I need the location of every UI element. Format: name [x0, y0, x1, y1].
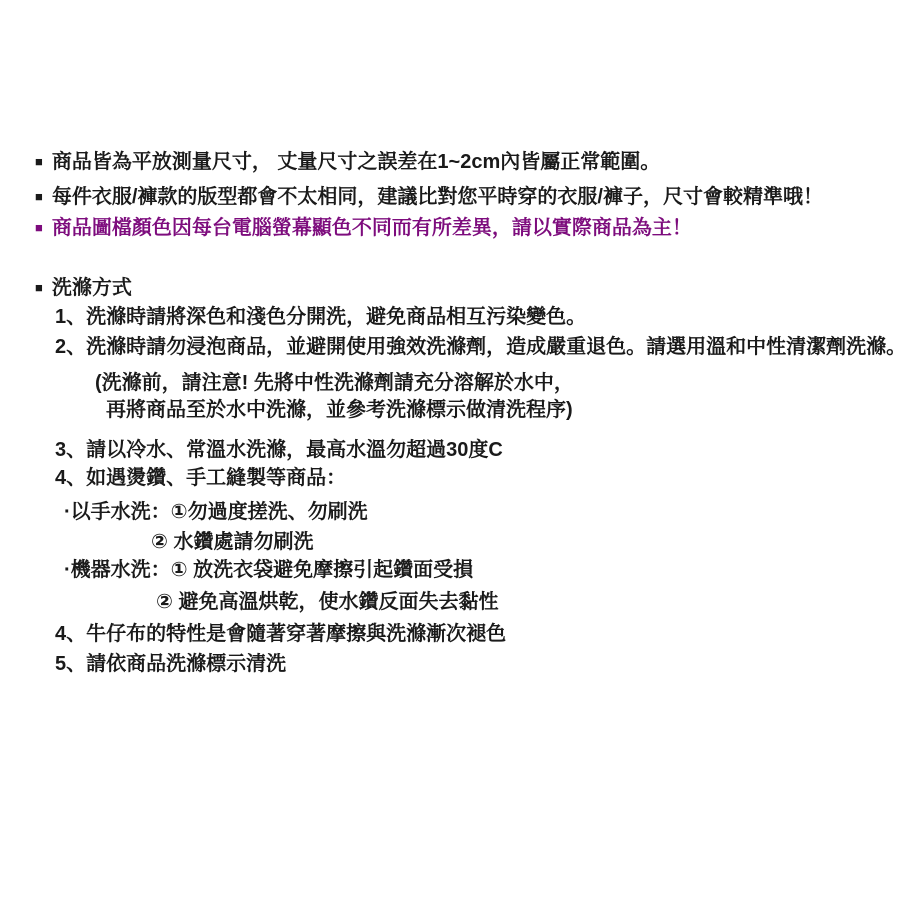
hand-wash-instruction-1: ·以手水洗：①勿過度搓洗、勿刷洗 [64, 501, 368, 523]
washing-step-4b: 4、牛仔布的特性是會隨著穿著摩擦與洗滌漸次褪色 [55, 623, 506, 645]
note-sizing-text: 每件衣服/褲款的版型都會不太相同，建議比對您平時穿的衣服/褲子，尺寸會較精準哦！ [52, 186, 823, 208]
square-bullet-icon: ■ [35, 151, 43, 173]
washing-section-heading: ■洗滌方式 [35, 277, 132, 301]
machine-wash-instruction-1: ·機器水洗：① 放洗衣袋避免摩擦引起鑽面受損 [64, 559, 473, 581]
square-bullet-icon: ■ [35, 217, 43, 239]
washing-step-1: 1、洗滌時請將深色和淺色分開洗，避免商品相互污染變色。 [55, 306, 586, 328]
note-color-disclaimer-text: 商品圖檔顏色因每台電腦螢幕顯色不同而有所差異，請以實際商品為主！ [52, 217, 692, 239]
washing-step-3: 3、請以冷水、常溫水洗滌，最高水溫勿超過30度C [55, 439, 503, 461]
washing-pre-note-line-1: (洗滌前，請注意! 先將中性洗滌劑請充分溶解於水中， [95, 372, 574, 394]
washing-step-2: 2、洗滌時請勿浸泡商品，並避開使用強效洗滌劑，造成嚴重退色。請選用溫和中性清潔劑… [55, 336, 900, 358]
note-color-disclaimer: ■商品圖檔顏色因每台電腦螢幕顯色不同而有所差異，請以實際商品為主！ [35, 217, 692, 241]
square-bullet-icon: ■ [35, 186, 43, 208]
note-measurement: ■商品皆為平放測量尺寸， 丈量尺寸之誤差在1~2cm內皆屬正常範圍。 [35, 151, 660, 175]
machine-wash-instruction-2: ② 避免高溫烘乾，使水鑽反面失去黏性 [156, 591, 499, 613]
hand-wash-instruction-2: ② 水鑽處請勿刷洗 [151, 531, 314, 553]
note-sizing: ■每件衣服/褲款的版型都會不太相同，建議比對您平時穿的衣服/褲子，尺寸會較精準哦… [35, 186, 823, 210]
product-care-notice: ■商品皆為平放測量尺寸， 丈量尺寸之誤差在1~2cm內皆屬正常範圍。 ■每件衣服… [0, 0, 900, 900]
square-bullet-icon: ■ [35, 277, 43, 299]
washing-heading-text: 洗滌方式 [52, 277, 132, 299]
washing-pre-note-line-2: 再將商品至於水中洗滌，並參考洗滌標示做清洗程序) [106, 399, 573, 421]
washing-step-5: 5、請依商品洗滌標示清洗 [55, 653, 286, 675]
washing-step-4: 4、如遇燙鑽、手工縫製等商品： [55, 467, 346, 489]
note-measurement-text: 商品皆為平放測量尺寸， 丈量尺寸之誤差在1~2cm內皆屬正常範圍。 [52, 151, 660, 173]
